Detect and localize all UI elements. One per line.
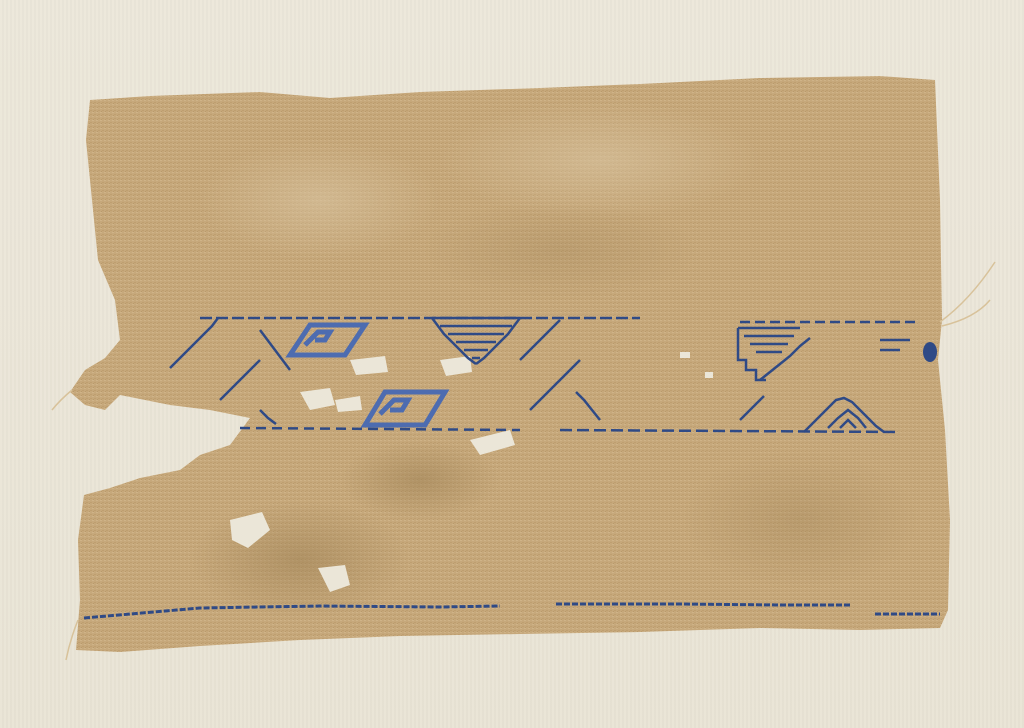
edge-knot <box>923 342 937 362</box>
textile-fragment <box>0 0 1024 728</box>
